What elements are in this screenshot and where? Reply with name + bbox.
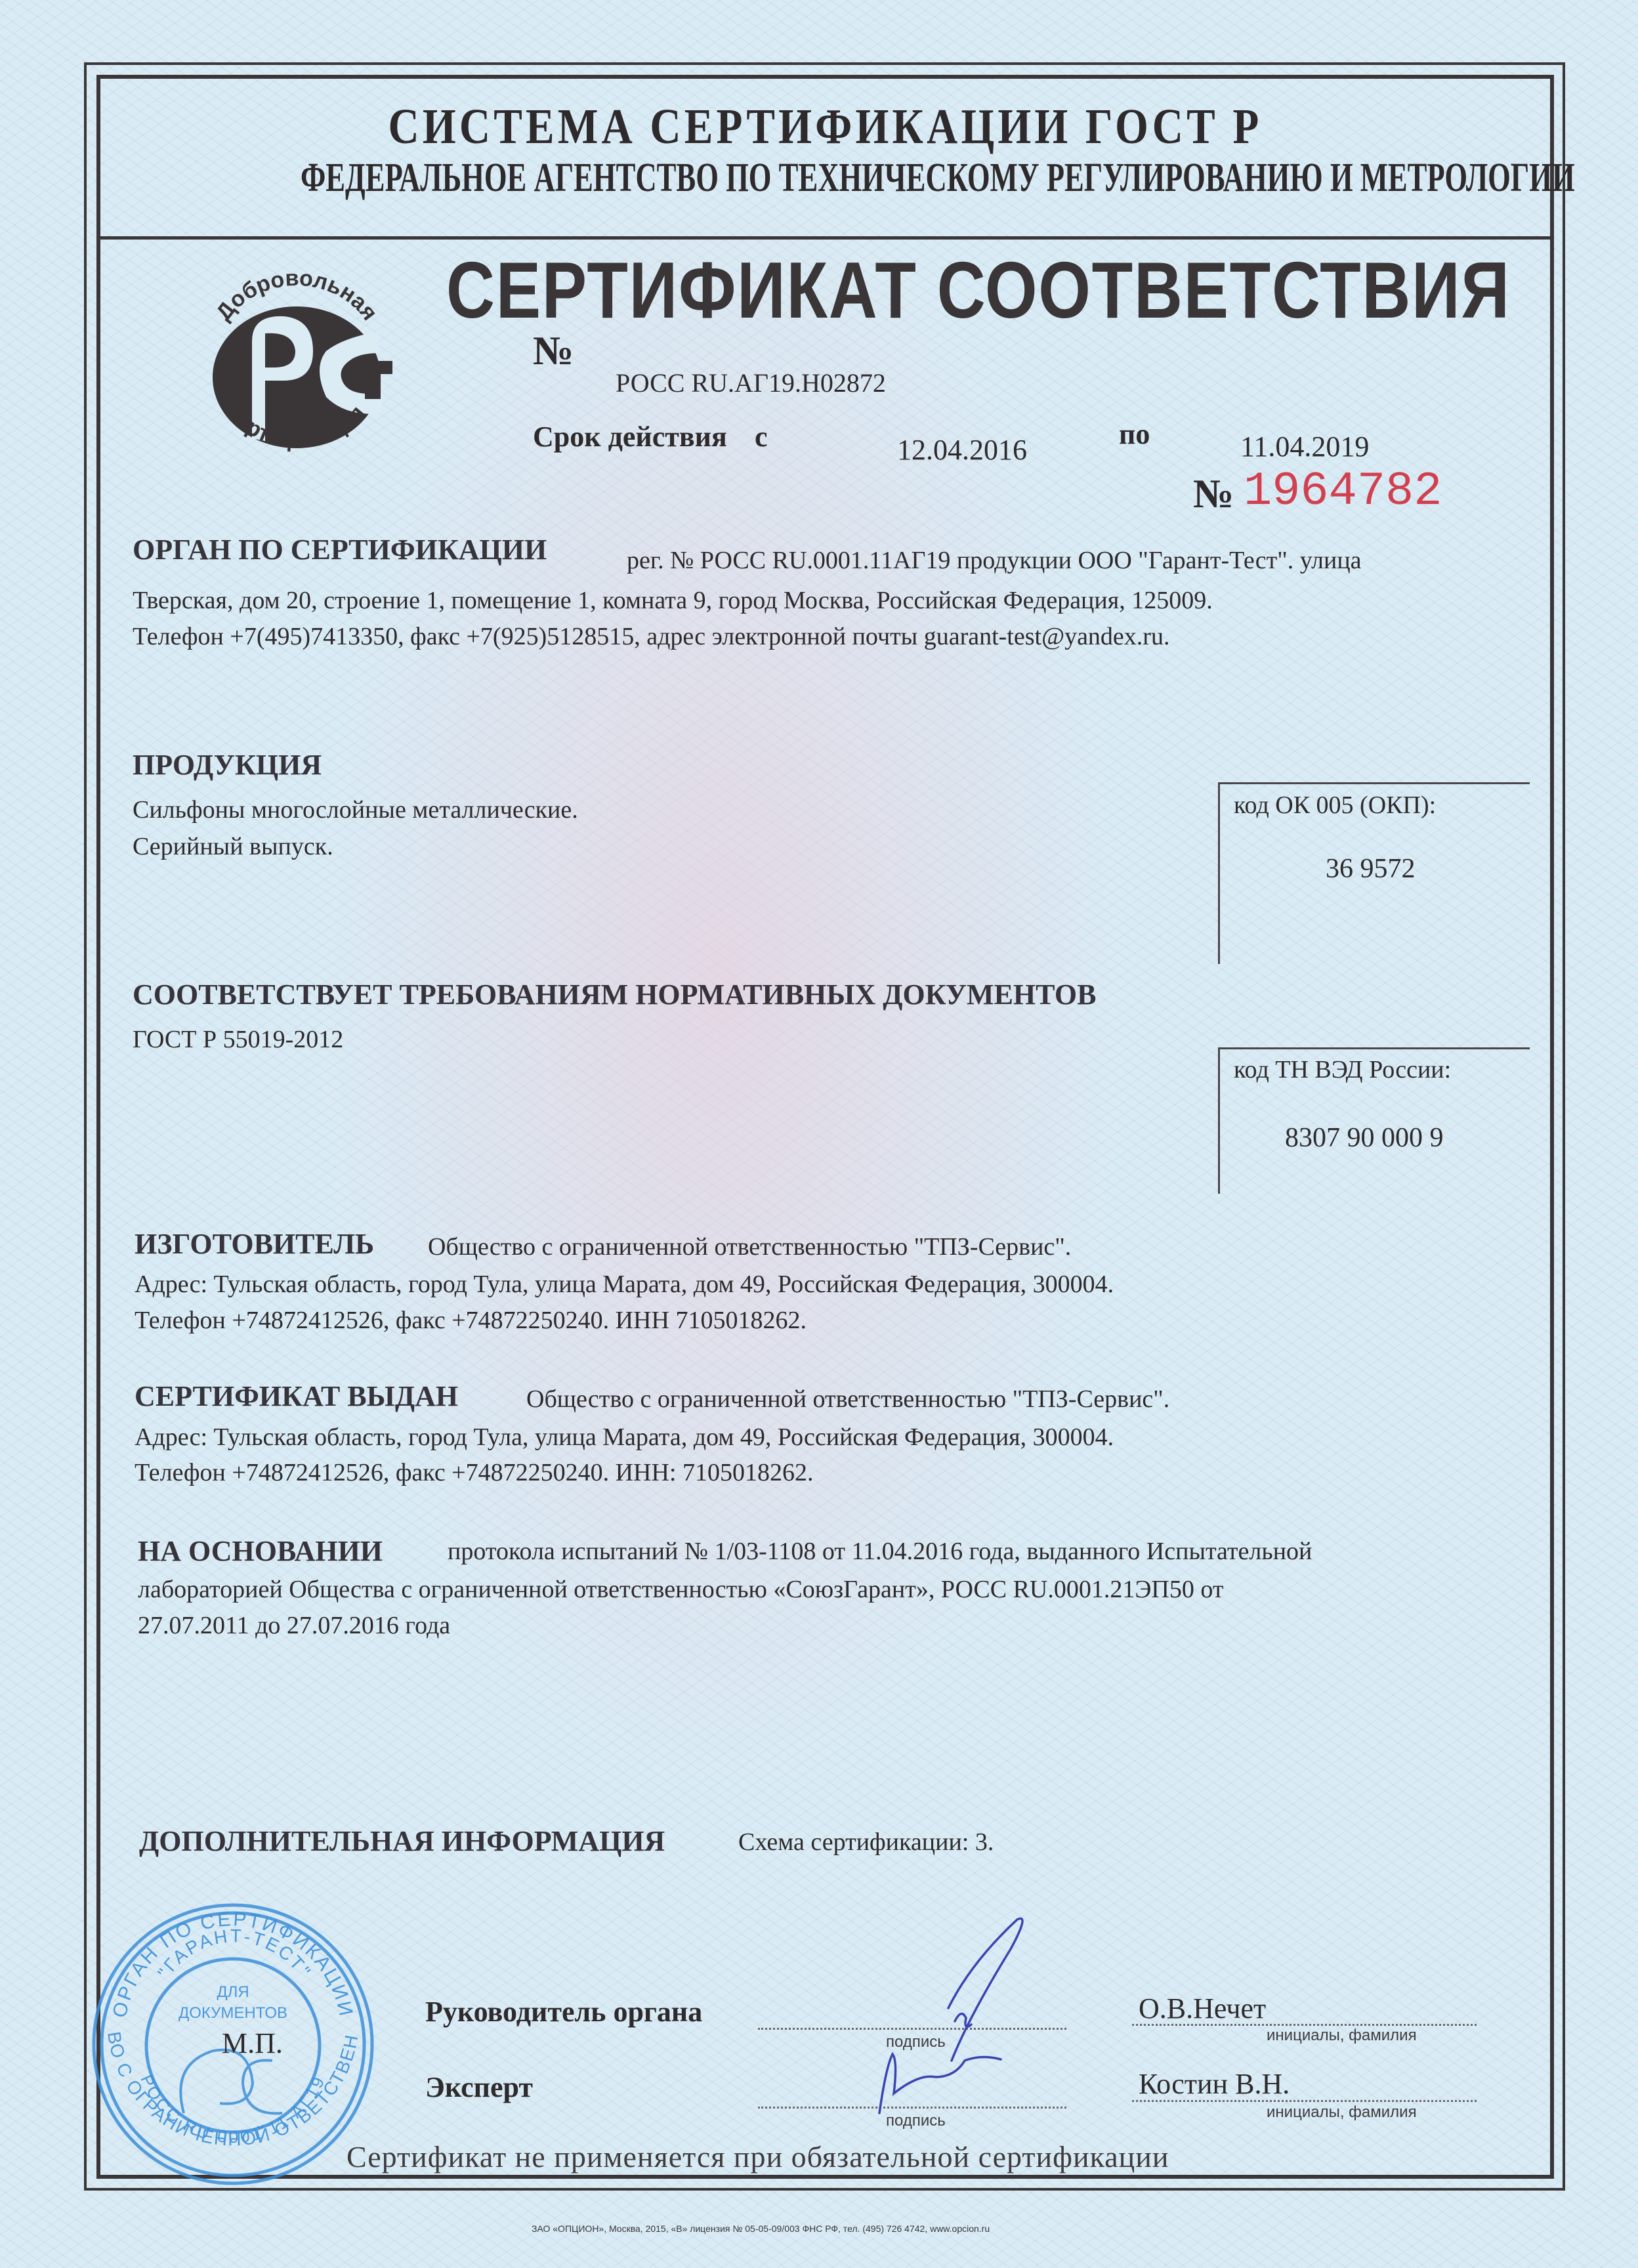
issued-to-name: Общество с ограниченной ответственностью…	[526, 1385, 1169, 1414]
expert-name-line	[1132, 2100, 1477, 2102]
manufacturer-address: Адрес: Тульская область, город Тула, ули…	[135, 1270, 1114, 1299]
header-divider	[96, 236, 1554, 240]
additional-info-text: Схема сертификации: 3.	[738, 1828, 994, 1857]
number-sign: №	[533, 328, 574, 375]
handwritten-signature-icon	[820, 1910, 1096, 2126]
valid-to-date: 11.04.2019	[1240, 430, 1369, 463]
basis-line-3: 27.07.2011 до 27.07.2016 года	[138, 1611, 450, 1640]
tnved-code-value: 8307 90 000 9	[1285, 1122, 1444, 1154]
svg-text:ДОКУМЕНТОВ: ДОКУМЕНТОВ	[178, 2004, 287, 2022]
issued-to-title: СЕРТИФИКАТ ВЫДАН	[135, 1379, 458, 1413]
form-serial-number: 1964782	[1244, 465, 1442, 518]
okp-code-label: код ОК 005 (ОКП):	[1234, 791, 1436, 820]
expert-name-hint: инициалы, фамилия	[1267, 2103, 1417, 2122]
product-line-1: Сильфоны многослойные металлические.	[133, 795, 578, 824]
validity-to-label: по	[1119, 417, 1150, 451]
conformity-title: СООТВЕТСТВУЕТ ТРЕБОВАНИЯМ НОРМАТИВНЫХ ДО…	[133, 978, 1097, 1011]
product-line-2: Серийный выпуск.	[133, 832, 333, 861]
form-number-sign: №	[1193, 471, 1234, 518]
organ-title: ОРГАН ПО СЕРТИФИКАЦИИ	[133, 533, 547, 566]
agency-title: ФЕДЕРАЛЬНОЕ АГЕНТСТВО ПО ТЕХНИЧЕСКОМУ РЕ…	[301, 155, 1350, 201]
basis-title: НА ОСНОВАНИИ	[138, 1534, 383, 1568]
organ-line-2: Тверская, дом 20, строение 1, помещение …	[133, 586, 1213, 615]
certification-system-title: СИСТЕМА СЕРТИФИКАЦИИ ГОСТ Р	[198, 98, 1452, 156]
basis-line-1: протокола испытаний № 1/03-1108 от 11.04…	[448, 1537, 1312, 1566]
certificate-number: РОСС RU.АГ19.Н02872	[616, 367, 886, 398]
organ-line-1: рег. № РОСС RU.0001.11АГ19 продукции ООО…	[627, 546, 1362, 575]
tnved-code-label: код ТН ВЭД России:	[1234, 1055, 1451, 1084]
organ-line-3: Телефон +7(495)7413350, факс +7(925)5128…	[133, 622, 1169, 651]
seal-place-mark: М.П.	[222, 2026, 283, 2060]
conformity-standard: ГОСТ Р 55019-2012	[133, 1025, 343, 1054]
certificate-title: СЕРТИФИКАТ СООТВЕТСТВИЯ	[446, 244, 1511, 336]
product-title: ПРОДУКЦИЯ	[133, 748, 322, 782]
expert-name: Костин В.Н.	[1139, 2067, 1290, 2101]
manufacturer-title: ИЗГОТОВИТЕЛЬ	[135, 1227, 374, 1261]
validity-from-label: с	[755, 420, 768, 453]
valid-from-date: 12.04.2016	[897, 433, 1027, 467]
printer-footer: ЗАО «ОПЦИОН», Москва, 2015, «В» лицензия…	[532, 2223, 990, 2234]
head-of-organ-label: Руководитель органа	[425, 1995, 702, 2028]
issued-to-contacts: Телефон +74872412526, факс +74872250240.…	[135, 1458, 814, 1487]
head-name-hint: инициалы, фамилия	[1267, 2026, 1417, 2045]
issued-to-address: Адрес: Тульская область, город Тула, ули…	[135, 1423, 1114, 1452]
svg-text:ОРГАН ПО СЕРТИФИКАЦИИ: ОРГАН ПО СЕРТИФИКАЦИИ	[109, 1908, 357, 2020]
expert-label: Эксперт	[425, 2070, 533, 2104]
rst-logo-icon: Добровольная сертификация	[192, 269, 402, 466]
disclaimer-text: Сертификат не применяется при обязательн…	[346, 2139, 1169, 2174]
head-name: О.В.Нечет	[1139, 1992, 1266, 2025]
additional-info-title: ДОПОЛНИТЕЛЬНАЯ ИНФОРМАЦИЯ	[139, 1824, 665, 1858]
svg-text:РОСС RU 0001 11 АГ19: РОСС RU 0001 11 АГ19	[136, 2072, 329, 2147]
manufacturer-name: Общество с ограниченной ответственностью…	[428, 1232, 1071, 1261]
basis-line-2: лабораторией Общества с ограниченной отв…	[138, 1575, 1223, 1604]
head-name-line	[1132, 2024, 1477, 2026]
okp-code-value: 36 9572	[1326, 853, 1416, 885]
svg-text:ДЛЯ: ДЛЯ	[217, 1983, 249, 2001]
manufacturer-contacts: Телефон +74872412526, факс +74872250240.…	[135, 1306, 807, 1335]
validity-label: Срок действия	[533, 420, 727, 453]
